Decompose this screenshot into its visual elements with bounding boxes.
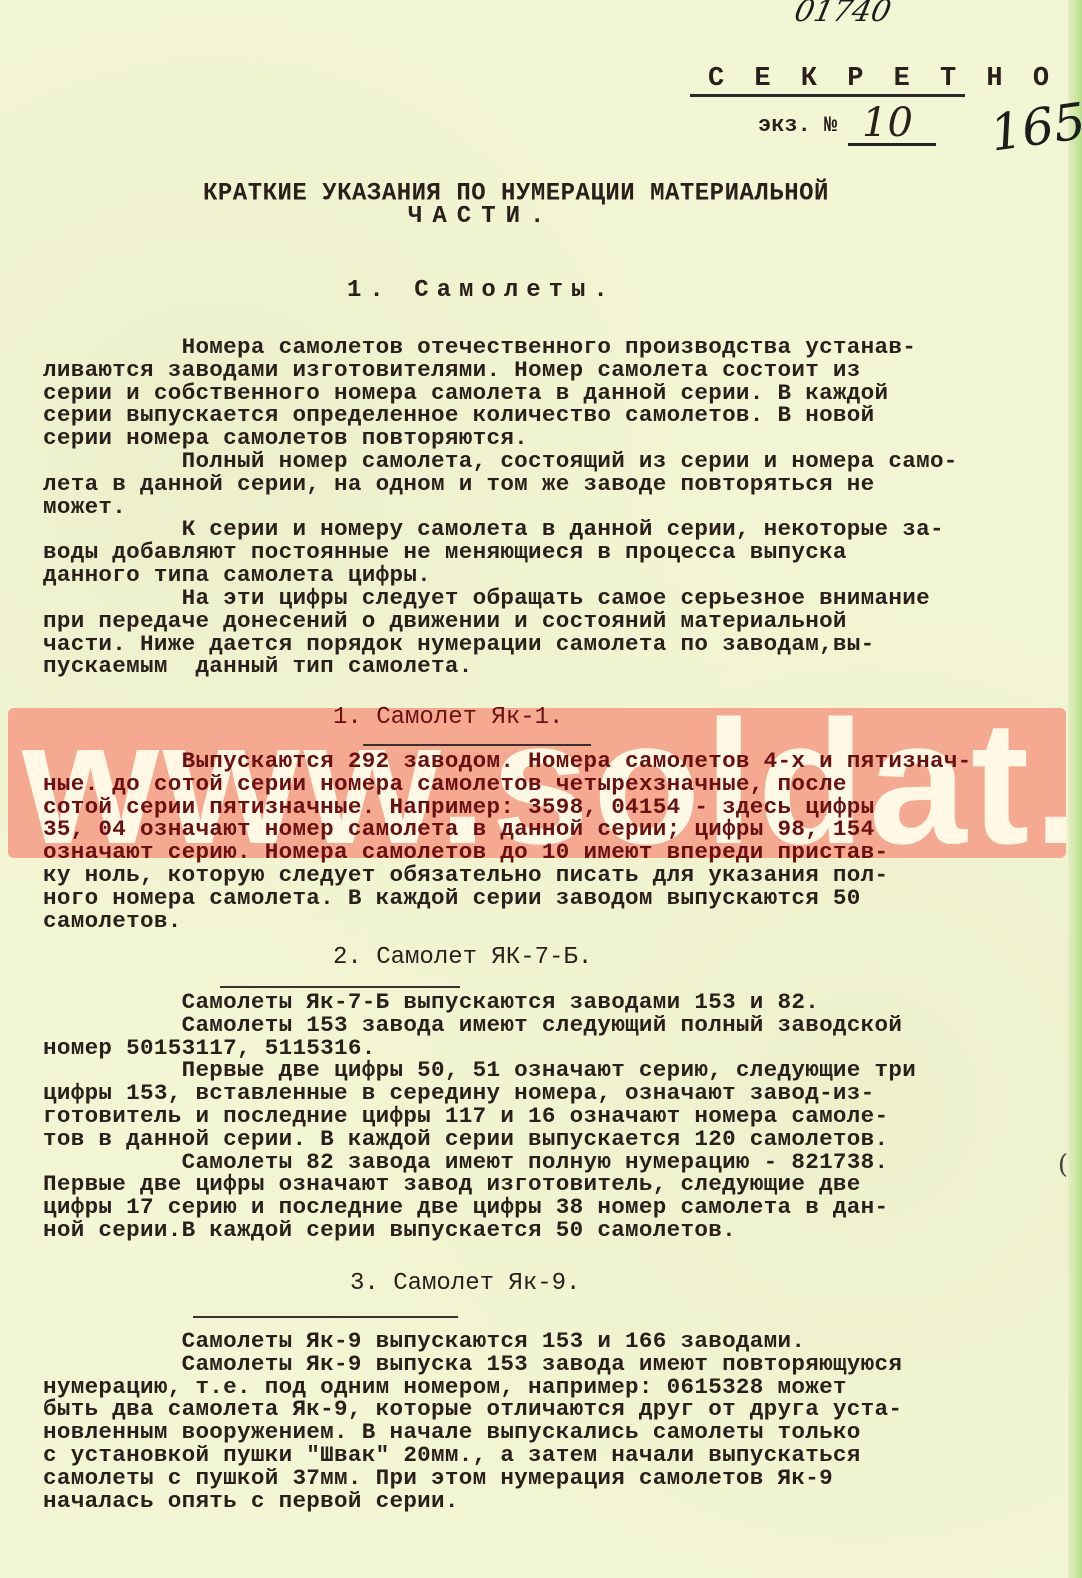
page-edge bbox=[1068, 0, 1082, 1578]
copy-number-underline bbox=[848, 143, 936, 146]
page-number: 1655 bbox=[987, 87, 1082, 162]
subsection-underline bbox=[220, 986, 460, 988]
subsection-underline bbox=[363, 744, 591, 746]
intro-paragraph-2: Полный номер самолета, состоящий из сери… bbox=[43, 450, 958, 518]
subsection-heading-yak7b: 2. Самолет ЯК-7-Б. bbox=[333, 944, 592, 971]
intro-paragraph-1: Номера самолетов отечественного производ… bbox=[43, 336, 916, 450]
yak7b-paragraph: Самолеты Як-7-Б выпускаются заводами 153… bbox=[43, 991, 916, 1242]
document-title-line2: ЧАСТИ. bbox=[408, 203, 554, 230]
archive-number: 01740 bbox=[791, 0, 894, 29]
intro-paragraph-3: К серии и номеру самолета в данной серии… bbox=[43, 518, 944, 586]
margin-mark: ( bbox=[1058, 1150, 1068, 1180]
classification-stamp: С Е К Р Е Т Н О bbox=[708, 64, 1056, 94]
subsection-underline bbox=[193, 1316, 458, 1318]
yak9-paragraph: Самолеты Як-9 выпускаются 153 и 166 заво… bbox=[43, 1330, 902, 1512]
section-heading-aircraft: 1. Самолеты. bbox=[347, 277, 616, 304]
subsection-heading-yak1: 1. Самолет Як-1. bbox=[333, 704, 563, 731]
copy-label: экз. № bbox=[758, 113, 837, 138]
yak1-paragraph: Выпускаются 292 заводом. Номера самолето… bbox=[43, 750, 972, 932]
copy-number: 10 bbox=[862, 100, 913, 146]
classification-underline bbox=[690, 94, 965, 97]
intro-paragraph-4: На эти цифры следует обращать самое серь… bbox=[43, 587, 930, 678]
subsection-heading-yak9: 3. Самолет Як-9. bbox=[350, 1270, 580, 1297]
